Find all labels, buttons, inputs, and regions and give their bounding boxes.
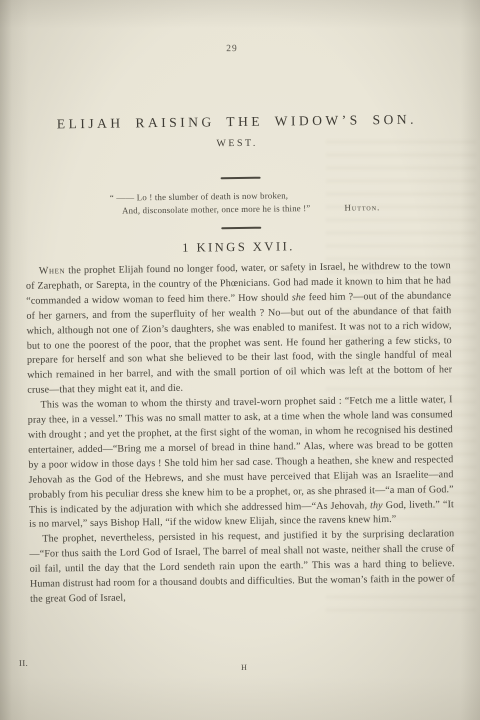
book-page-photo: 29 ELIJAH RAISING THE WIDOW’S SON. WEST.…: [0, 0, 480, 720]
epigraph-line-2: And, disconsolate mother, once more he i…: [122, 203, 311, 215]
divider-rule-bottom: [221, 227, 261, 230]
paragraph-1: When the prophet Elijah found no longer …: [26, 259, 453, 399]
plate-title: ELIJAH RAISING THE WIDOW’S SON.: [0, 111, 477, 133]
artist-name: WEST.: [0, 135, 477, 152]
paragraph-3: The prophet, nevertheless, persisted in …: [29, 528, 455, 608]
body-text: When the prophet Elijah found no longer …: [26, 259, 455, 607]
epigraph-line-2-row: And, disconsolate mother, once more he i…: [110, 201, 420, 218]
page-number: 29: [0, 41, 468, 57]
scripture-heading: 1 KINGS XVII.: [0, 237, 479, 258]
epigraph: “ —— Lo ! the slumber of death is now br…: [110, 188, 420, 218]
signature-mark: H: [4, 660, 480, 675]
book-page: 29 ELIJAH RAISING THE WIDOW’S SON. WEST.…: [0, 0, 480, 720]
divider-rule-top: [221, 177, 261, 180]
paragraph-2: This was the woman to whom the thirsty a…: [27, 393, 454, 533]
epigraph-attribution: Hutton.: [344, 202, 380, 212]
